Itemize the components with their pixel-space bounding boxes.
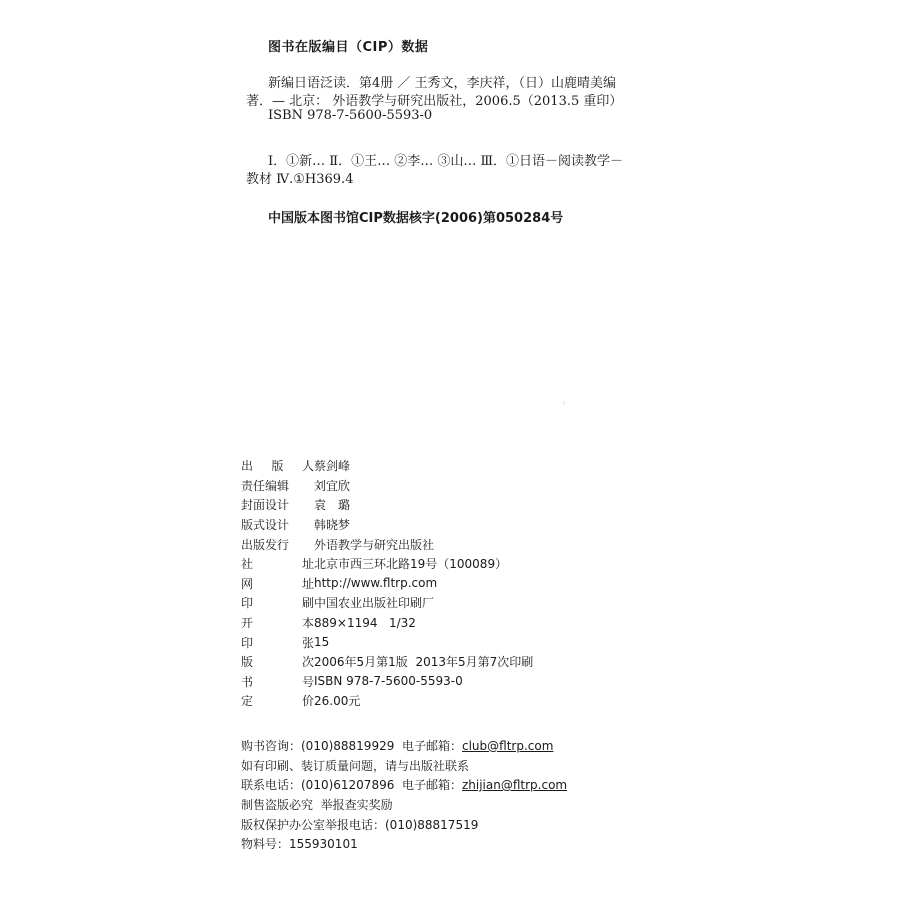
contact-phone: 联系电话：(010)61207896 电子邮箱： zhijian@fltrp.c… (241, 775, 567, 795)
purchase-inquiry: 购书咨询：(010)88819929 电子邮箱： club@fltrp.com (241, 736, 567, 756)
quality-notice: 如有印刷、装订质量问题，请与出版社联系 (241, 756, 567, 776)
colophon-label: 版 次 (241, 653, 314, 670)
cip-record-number: 中国版本图书馆CIP数据核字(2006)第050284号 (268, 207, 563, 226)
label-text: 责任编辑 (241, 477, 289, 494)
label-char: 张 (302, 634, 314, 651)
colophon-table: 出 版 人 蔡剑峰 责任编辑 刘宜欣 封面设计 袁 璐 版式设计 韩晓梦 出版发… (241, 456, 533, 711)
label-char: 开 (241, 614, 253, 631)
colophon-label: 版式设计 (241, 516, 314, 533)
cip-line-publisher: 著．— 北京： 外语教学与研究出版社，2006.5（2013.5 重印） (246, 90, 622, 109)
colophon-value: 蔡剑峰 (314, 457, 350, 474)
label-text: 版式设计 (241, 516, 289, 533)
phone-label: 联系电话：(010)61207896 电子邮箱： (241, 776, 462, 793)
label-char: 价 (302, 692, 314, 709)
cip-title: 图书在版编目（CIP）数据 (268, 36, 428, 55)
label-char: 版 (271, 457, 283, 474)
cip-line-classification-cont: 教材 Ⅳ.①H369.4 (246, 168, 353, 187)
colophon-label: 定 价 (241, 692, 314, 709)
purchase-email-link[interactable]: club@fltrp.com (462, 739, 553, 753)
label-char: 印 (241, 634, 253, 651)
label-char: 号 (302, 673, 314, 690)
colophon-row-publisher: 出 版 人 蔡剑峰 (241, 456, 533, 476)
label-char: 版 (241, 653, 253, 670)
piracy-notice: 制售盗版必究 举报查实奖励 (241, 795, 567, 815)
scan-speck (563, 401, 565, 405)
colophon-label: 封面设计 (241, 496, 314, 513)
colophon-label: 网 址 (241, 575, 314, 592)
colophon-value: 韩晓梦 (314, 516, 350, 533)
label-char: 书 (241, 673, 253, 690)
quality-email-link[interactable]: zhijian@fltrp.com (462, 778, 567, 792)
colophon-row-edition: 版 次 2006年5月第1版 2013年5月第7次印刷 (241, 652, 533, 672)
label-char: 刷 (302, 594, 314, 611)
label-char: 印 (241, 594, 253, 611)
colophon-value: 26.00元 (314, 692, 360, 709)
label-char: 人 (302, 457, 314, 474)
label-char: 址 (302, 575, 314, 592)
colophon-row-website: 网 址 http://www.fltrp.com (241, 574, 533, 594)
colophon-value: 中国农业出版社印刷厂 (314, 594, 434, 611)
label-char: 定 (241, 692, 253, 709)
copyright-office-phone: 版权保护办公室举报电话：(010)88817519 (241, 814, 567, 834)
label-char: 网 (241, 575, 253, 592)
colophon-label: 责任编辑 (241, 477, 314, 494)
colophon-label: 社 址 (241, 555, 314, 572)
colophon-label: 开 本 (241, 614, 314, 631)
website-link[interactable]: http://www.fltrp.com (314, 576, 437, 590)
colophon-row-isbn: 书 号 ISBN 978-7-5600-5593-0 (241, 672, 533, 692)
colophon-value: ISBN 978-7-5600-5593-0 (314, 674, 463, 688)
colophon-value: 889×1194 1/32 (314, 616, 416, 630)
label-char: 次 (302, 653, 314, 670)
colophon-row-printer: 印 刷 中国农业出版社印刷厂 (241, 593, 533, 613)
label-char: 本 (302, 614, 314, 631)
colophon-row-format: 开 本 889×1194 1/32 (241, 613, 533, 633)
cip-line-title-authors: 新编日语泛读．第4册 ／ 王秀文，李庆祥，（日）山鹿晴美编 (268, 72, 616, 91)
colophon-row-cover-design: 封面设计 袁 璐 (241, 495, 533, 515)
colophon-label: 印 张 (241, 634, 314, 651)
material-number: 物料号：155930101 (241, 834, 567, 854)
colophon-row-layout-design: 版式设计 韩晓梦 (241, 515, 533, 535)
colophon-label: 印 刷 (241, 594, 314, 611)
colophon-row-distributor: 出版发行 外语教学与研究出版社 (241, 534, 533, 554)
label-char: 出 (241, 457, 253, 474)
colophon-row-editor: 责任编辑 刘宜欣 (241, 476, 533, 496)
label-char: 址 (302, 555, 314, 572)
colophon-label: 出 版 人 (241, 457, 314, 474)
cip-line-isbn: ISBN 978-7-5600-5593-0 (268, 108, 432, 123)
colophon-value: 北京市西三环北路19号（100089） (314, 555, 507, 572)
cip-line-classification: Ⅰ．①新… Ⅱ．①王… ②李… ③山… Ⅲ．①日语－阅读教学－ (268, 150, 623, 169)
colophon-label: 出版发行 (241, 536, 314, 553)
colophon-value: 外语教学与研究出版社 (314, 536, 434, 553)
colophon-row-price: 定 价 26.00元 (241, 691, 533, 711)
colophon-value: 袁 璐 (314, 496, 350, 513)
colophon-value: 15 (314, 635, 329, 649)
label-char: 社 (241, 555, 253, 572)
colophon-label: 书 号 (241, 673, 314, 690)
label-text: 封面设计 (241, 496, 289, 513)
colophon-value: 刘宜欣 (314, 477, 350, 494)
label-text: 出版发行 (241, 536, 289, 553)
colophon-value: 2006年5月第1版 2013年5月第7次印刷 (314, 653, 533, 670)
purchase-label: 购书咨询：(010)88819929 电子邮箱： (241, 737, 462, 754)
contact-block: 购书咨询：(010)88819929 电子邮箱： club@fltrp.com … (241, 736, 567, 854)
colophon-row-address: 社 址 北京市西三环北路19号（100089） (241, 554, 533, 574)
colophon-row-sheets: 印 张 15 (241, 632, 533, 652)
